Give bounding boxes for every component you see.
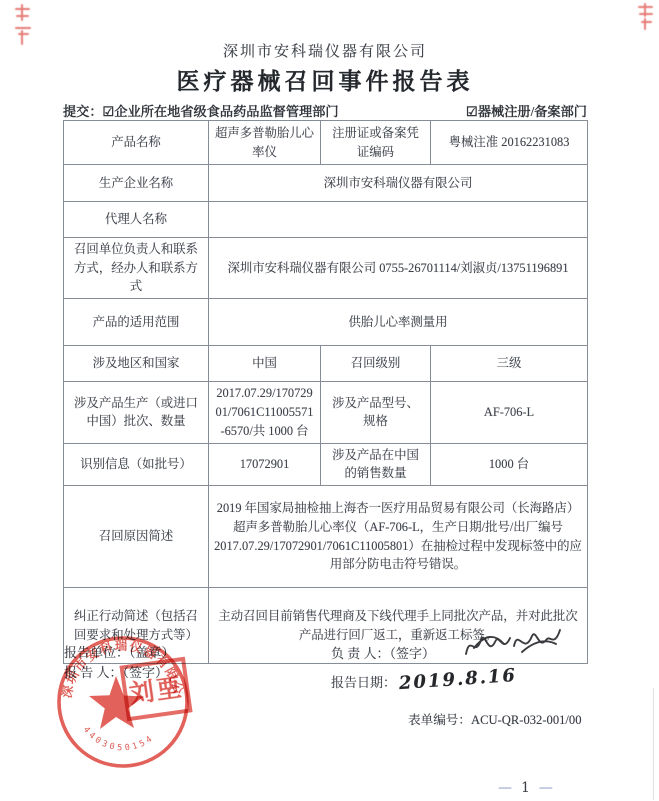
page-title: 医疗器械召回事件报告表 [0,63,650,96]
manufacturer-value: 深圳市安科瑞仪器有限公司 [209,165,588,202]
scanned-recall-report-page: 深圳市安科瑞仪器有限公司 医疗器械召回事件报告表 提交：☑企业所在地省级食品药品… [0,0,659,801]
registration-cert-value: 粤械注准 20162231083 [431,121,588,165]
china-sales-value: 1000 台 [431,443,588,485]
company-name-header: 深圳市安科瑞仪器有限公司 [0,40,650,61]
recall-level-value: 三级 [431,345,588,381]
china-sales-label: 涉及产品在中国的销售数量 [321,443,431,485]
seal-fragment-top-right [636,2,656,32]
regions-value: 中国 [209,345,321,381]
registration-cert-label: 注册证或备案凭证编码 [321,121,431,165]
intended-use-label: 产品的适用范围 [64,298,209,345]
name-square-seal: 刘垔 [119,657,192,722]
table-row: 涉及地区和国家 中国 召回级别 三级 [64,345,588,381]
page-number: — 1 — [0,780,659,796]
form-number: 表单编号：ACU-QR-032-001/00 [408,709,582,728]
recall-contact-label: 召回单位负责人和联系方式，经办人和联系方式 [64,238,209,299]
table-row: 召回单位负责人和联系方式，经办人和联系方式 深圳市安科瑞仪器有限公司 0755-… [64,238,588,299]
table-row: 涉及产品生产（或进口中国）批次、数量 2017.07.29/17072901/7… [64,381,588,443]
page-number-dash-left: — [498,780,512,796]
recall-reason-value: 2019 年国家局抽检抽上海杏一医疗用品贸易有限公司（长海路店）超声多普勒胎儿心… [209,486,588,588]
model-spec-label: 涉及产品型号、规格 [321,381,431,443]
batch-quantity-label: 涉及产品生产（或进口中国）批次、数量 [64,381,209,443]
recall-reason-label: 召回原因简述 [64,486,209,588]
svg-text:4403050154: 4403050154 [81,725,157,753]
recall-report-table: 产品名称 超声多普勒胎儿心率仪 注册证或备案凭证编码 粤械注准 20162231… [63,120,588,664]
seal-digits-arc-text: 4403050154 [81,725,157,753]
product-name-label: 产品名称 [64,121,209,165]
page-number-value: 1 [521,780,530,796]
regions-label: 涉及地区和国家 [64,345,209,381]
model-spec-value: AF-706-L [431,381,588,443]
page-number-dash-right: — [539,780,553,796]
submit-to-line: 提交：☑企业所在地省级食品药品监督管理部门 ☑器械注册/备案部门 [63,101,587,120]
recall-contact-value: 深圳市安科瑞仪器有限公司 0755-26701114/刘淑贞/137511968… [209,238,588,299]
table-row: 代理人名称 [64,202,588,238]
name-seal-text: 刘垔 [127,667,186,710]
scan-edge-line [653,688,654,800]
intended-use-value: 供胎儿心率测量用 [209,298,588,345]
report-date-label: 报告日期： [331,675,396,690]
identification-label: 识别信息（如批号） [64,443,209,485]
agent-name-value [209,202,588,238]
submit-checkbox-registration-dept: ☑器械注册/备案部门 [466,101,587,120]
agent-name-label: 代理人名称 [64,202,209,238]
identification-value: 17072901 [209,443,321,485]
recall-level-label: 召回级别 [321,345,431,381]
batch-quantity-value: 2017.07.29/17072901/7061C11005571-6570/共… [209,381,321,443]
table-row: 产品的适用范围 供胎儿心率测量用 [64,298,588,345]
table-row: 召回原因简述 2019 年国家局抽检抽上海杏一医疗用品贸易有限公司（长海路店）超… [64,486,588,588]
manufacturer-label: 生产企业名称 [64,165,209,202]
product-name-value: 超声多普勒胎儿心率仪 [209,121,321,165]
submit-checkbox-provincial-dept: 提交：☑企业所在地省级食品药品监督管理部门 [63,101,339,120]
table-row: 生产企业名称 深圳市安科瑞仪器有限公司 [64,165,588,202]
table-row: 产品名称 超声多普勒胎儿心率仪 注册证或备案凭证编码 粤械注准 20162231… [64,121,588,165]
responsible-signature [460,622,564,668]
table-row: 识别信息（如批号） 17072901 涉及产品在中国的销售数量 1000 台 [64,443,588,485]
